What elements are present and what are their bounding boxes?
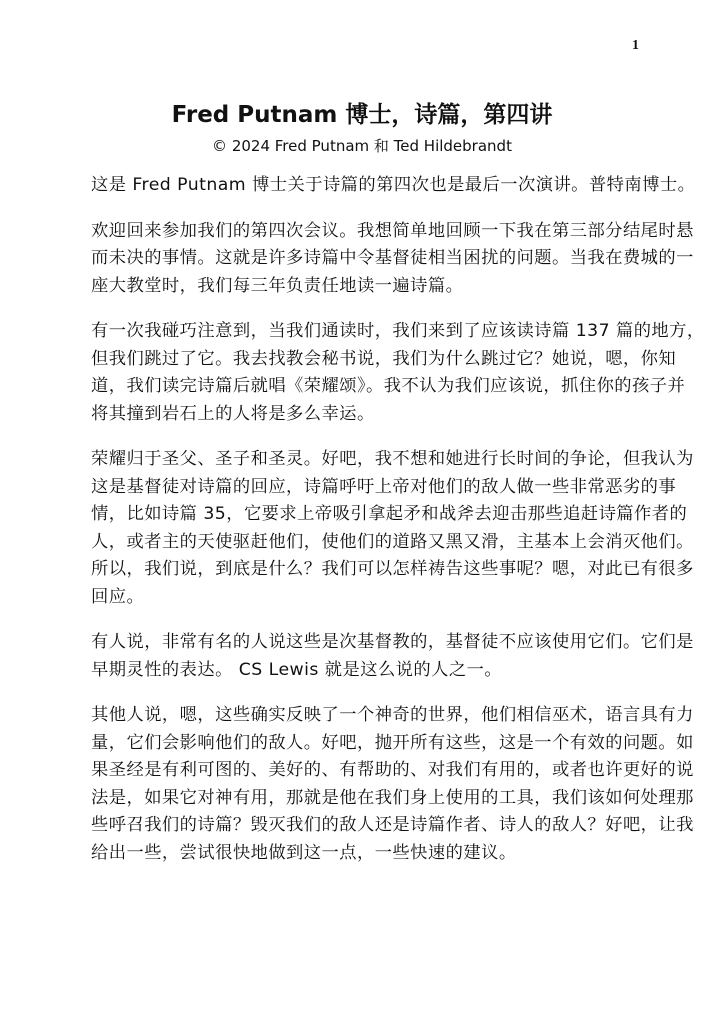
paragraph-5: 有人说，非常有名的人说这些是次基督教的，基督徒不应该使用它们。它们是 早期灵性的… xyxy=(91,629,639,684)
page-number: 1 xyxy=(632,38,639,54)
text-line: 回应。 xyxy=(91,584,639,612)
text-line: 这是 Fred Putnam 博士关于诗篇的第四次也是最后一次演讲。普特南博士。 xyxy=(91,172,639,200)
document-body: 这是 Fred Putnam 博士关于诗篇的第四次也是最后一次演讲。普特南博士。… xyxy=(91,172,639,885)
paragraph-1: 这是 Fred Putnam 博士关于诗篇的第四次也是最后一次演讲。普特南博士。 xyxy=(91,172,639,200)
text-line: 果圣经是有利可图的、美好的、有帮助的、对我们有用的，或者也许更好的说 xyxy=(91,757,639,785)
text-line: 量，它们会影响他们的敌人。好吧，抛开所有这些，这是一个有效的问题。如 xyxy=(91,730,639,758)
text-line: 给出一些，尝试很快地做到这一点，一些快速的建议。 xyxy=(91,840,639,868)
text-line: 这是基督徒对诗篇的回应，诗篇呼吁上帝对他们的敌人做一些非常恶劣的事 xyxy=(91,474,639,502)
text-line: 而未决的事情。这就是许多诗篇中令基督徒相当困扰的问题。当我在费城的一 xyxy=(91,245,639,273)
text-line: 道，我们读完诗篇后就唱《荣耀颂》。我不认为我们应该说，抓住你的孩子并 xyxy=(91,373,639,401)
copyright-line: © 2024 Fred Putnam 和 Ted Hildebrandt xyxy=(0,135,724,156)
text-line: 将其撞到岩石上的人将是多么幸运。 xyxy=(91,401,639,429)
text-line: 有一次我碰巧注意到，当我们通读时，我们来到了应该读诗篇 137 篇的地方， xyxy=(91,318,639,346)
text-line: 情，比如诗篇 35，它要求上帝吸引拿起矛和战斧去迎击那些追赶诗篇作者的 xyxy=(91,501,639,529)
text-line: 欢迎回来参加我们的第四次会议。我想简单地回顾一下我在第三部分结尾时悬 xyxy=(91,218,639,246)
paragraph-3: 有一次我碰巧注意到，当我们通读时，我们来到了应该读诗篇 137 篇的地方， 但我… xyxy=(91,318,639,428)
text-line: 其他人说，嗯，这些确实反映了一个神奇的世界，他们相信巫术，语言具有力 xyxy=(91,702,639,730)
text-line: 法是，如果它对神有用，那就是他在我们身上使用的工具，我们该如何处理那 xyxy=(91,785,639,813)
text-line: 荣耀归于圣父、圣子和圣灵。好吧，我不想和她进行长时间的争论，但我认为 xyxy=(91,446,639,474)
text-line: 座大教堂时，我们每三年负责任地读一遍诗篇。 xyxy=(91,273,639,301)
page-title: Fred Putnam 博士，诗篇，第四讲 xyxy=(0,96,724,129)
text-line: 但我们跳过了它。我去找教会秘书说，我们为什么跳过它？她说，嗯，你知 xyxy=(91,346,639,374)
paragraph-6: 其他人说，嗯，这些确实反映了一个神奇的世界，他们相信巫术，语言具有力 量，它们会… xyxy=(91,702,639,867)
paragraph-2: 欢迎回来参加我们的第四次会议。我想简单地回顾一下我在第三部分结尾时悬 而未决的事… xyxy=(91,218,639,301)
paragraph-4: 荣耀归于圣父、圣子和圣灵。好吧，我不想和她进行长时间的争论，但我认为 这是基督徒… xyxy=(91,446,639,611)
text-line: 所以，我们说，到底是什么？我们可以怎样祷告这些事呢？嗯，对此已有很多 xyxy=(91,556,639,584)
text-line: 人，或者主的天使驱赶他们，使他们的道路又黑又滑，主基本上会消灭他们。 xyxy=(91,529,639,557)
text-line: 些呼召我们的诗篇？毁灭我们的敌人还是诗篇作者、诗人的敌人？好吧，让我 xyxy=(91,812,639,840)
text-line: 早期灵性的表达。 CS Lewis 就是这么说的人之一。 xyxy=(91,657,639,685)
text-line: 有人说，非常有名的人说这些是次基督教的，基督徒不应该使用它们。它们是 xyxy=(91,629,639,657)
